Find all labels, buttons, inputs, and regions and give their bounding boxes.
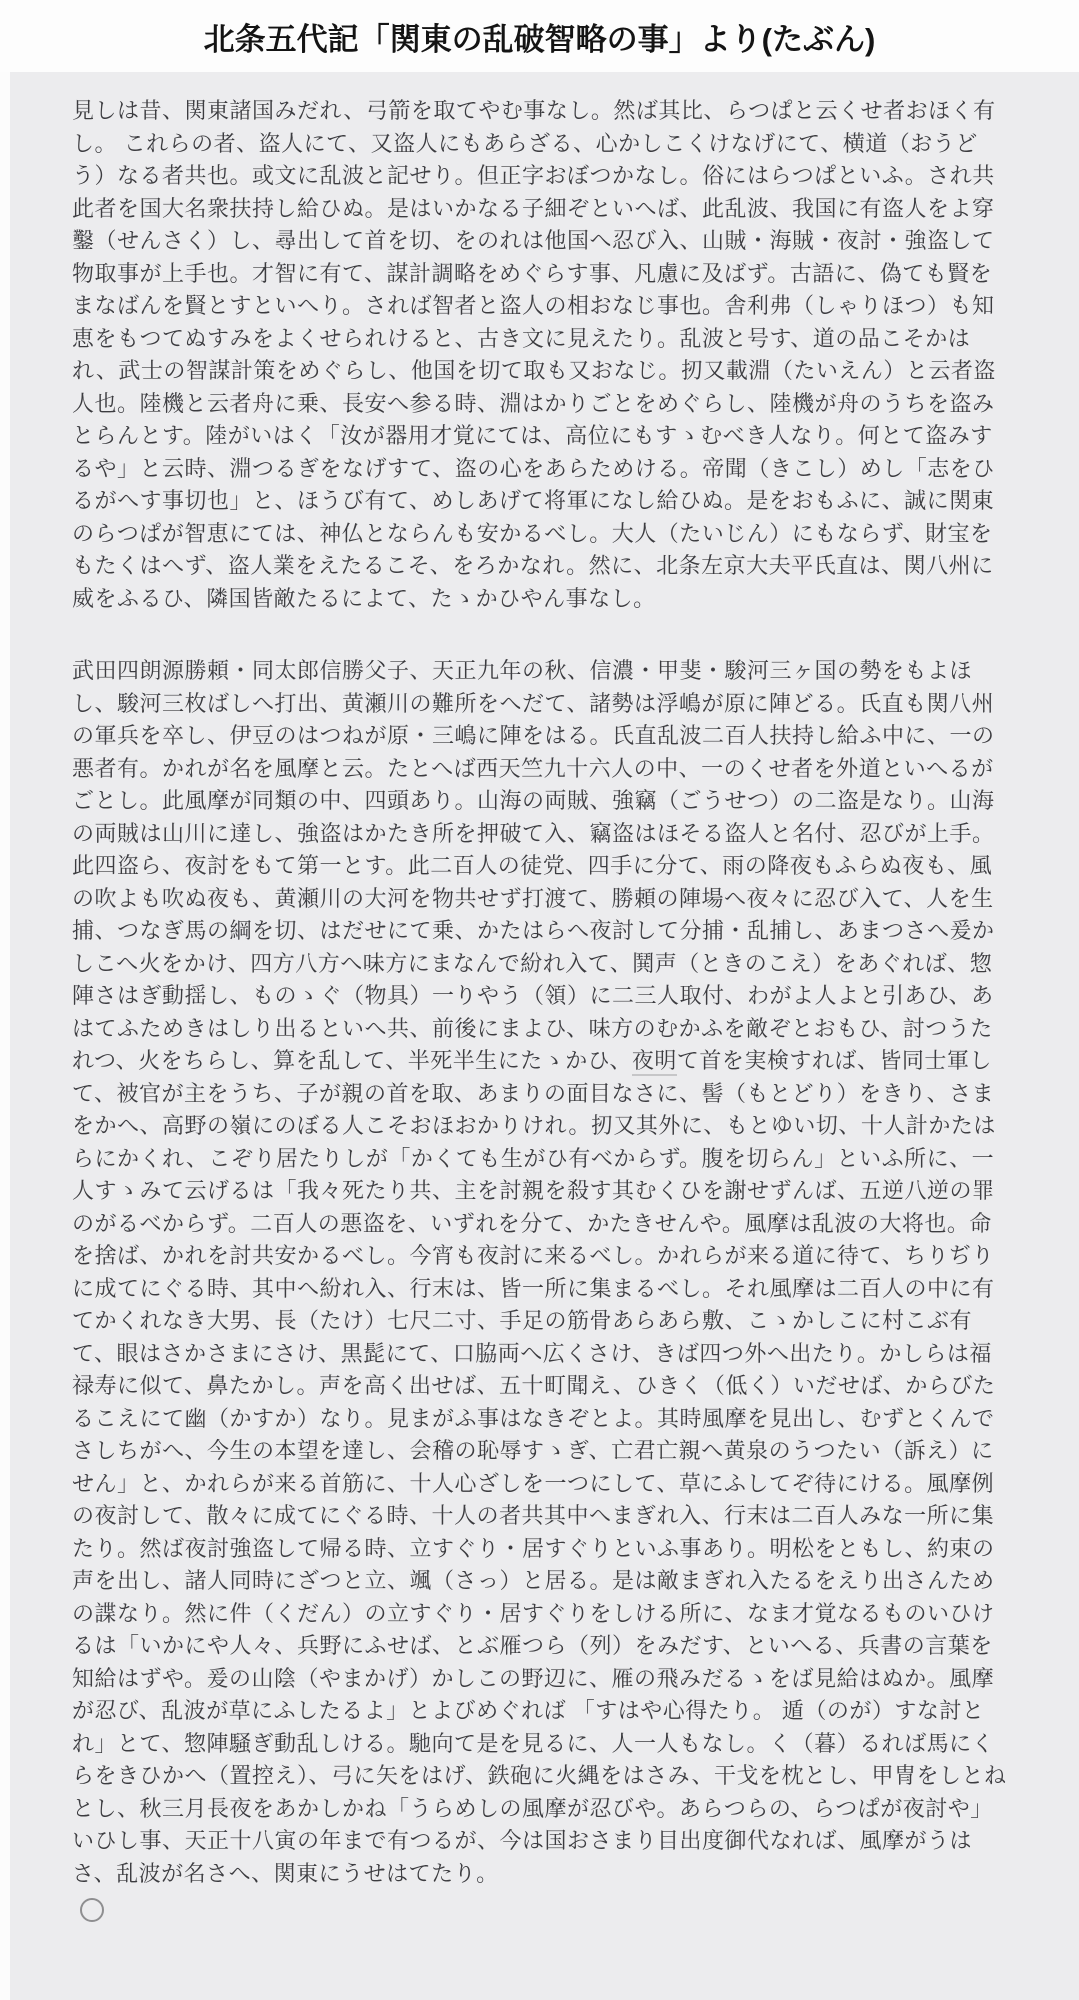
paragraph-2-text-after: て首を実検すれば、皆同士軍して、被官が主をうち、子が親の首を取、あまりの面目なさ…: [72, 1048, 1006, 1886]
paragraph-2-text-before: 武田四朗源勝頼・同太郎信勝父子、天正九年の秋、信濃・甲斐・駿河三ヶ国の勢をもよほ…: [72, 658, 995, 1073]
page: { "page": { "title": "北条五代記「関東の乱破智略の事」より…: [0, 0, 1079, 2000]
paragraph-2: 武田四朗源勝頼・同太郎信勝父子、天正九年の秋、信濃・甲斐・駿河三ヶ国の勢をもよほ…: [72, 655, 1010, 1890]
circle-glyph: [80, 1898, 104, 1922]
paragraph-1: 見しは昔、関東諸国みだれ、弓箭を取てやむ事なし。然ば其比、らつぱと云くせ者おほく…: [72, 95, 1010, 615]
article-card: 見しは昔、関東諸国みだれ、弓箭を取てやむ事なし。然ば其比、らつぱと云くせ者おほく…: [10, 72, 1079, 2000]
title-bar: 北条五代記「関東の乱破智略の事」より(たぶん): [0, 0, 1079, 72]
page-title: 北条五代記「関東の乱破智略の事」より(たぶん): [204, 14, 876, 59]
underlined-word: 夜明: [632, 1048, 677, 1076]
